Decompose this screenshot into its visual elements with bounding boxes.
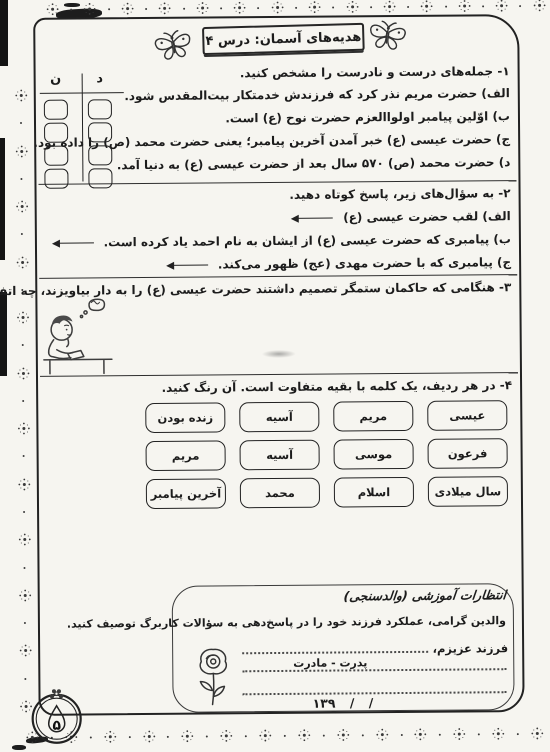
ornament-floret-icon	[201, 7, 204, 10]
ornament-floret-icon	[24, 649, 27, 652]
answer-arrow-icon	[166, 261, 208, 270]
q4-intro: ۴- در هر ردیف، یک کلمه با بقیه متفاوت اس…	[162, 378, 513, 395]
checkbox-correct-a[interactable]	[88, 99, 112, 119]
answer-line-1[interactable]	[242, 645, 428, 654]
ornament-floret-icon	[163, 7, 166, 10]
ornament-floret-icon	[351, 5, 354, 8]
ornament-floret-icon	[186, 735, 189, 738]
ornament-floret-icon	[497, 732, 500, 735]
salutation-row: فرزند عزیزم،	[242, 641, 508, 657]
q2-intro: ۲- به سؤال‌های زیر، پاسخ کوتاه دهید.	[289, 186, 510, 202]
ornament-dot	[23, 511, 25, 513]
word-box[interactable]: اسلام	[334, 477, 414, 508]
ornament-dot	[20, 122, 22, 124]
word-row-2: فرعون موسی آسیه مریم	[146, 438, 508, 471]
checkbox-incorrect-b[interactable]	[44, 123, 68, 143]
ornament-floret-icon	[225, 734, 228, 737]
bottom-border-ornament	[31, 726, 539, 745]
ornament-dot	[70, 8, 72, 10]
ornament-floret-icon	[276, 6, 279, 9]
worksheet-page: هدیه‌های آسمان: درس ۴	[0, 0, 550, 752]
parent-signature: پدرت - مادرت	[293, 656, 367, 670]
word-row-1: عیسی مریم آسیه زنده بودن	[145, 400, 507, 433]
ornament-dot	[23, 455, 25, 457]
ornament-dot	[245, 735, 247, 737]
checkbox-incorrect-d[interactable]	[44, 169, 68, 189]
word-box[interactable]: فرعون	[427, 438, 507, 469]
butterfly-left-icon	[151, 25, 197, 66]
ornament-floret-icon	[147, 735, 150, 738]
checkbox-incorrect-a[interactable]	[44, 100, 68, 120]
ornament-dot	[439, 733, 441, 735]
ornament-dot	[24, 678, 26, 680]
ornament-floret-icon	[458, 733, 461, 736]
word-box[interactable]: عیسی	[427, 400, 507, 431]
ornament-floret-icon	[419, 733, 422, 736]
ornament-dot	[323, 734, 325, 736]
answer-arrow-icon	[291, 214, 333, 223]
ornament-floret-icon	[342, 733, 345, 736]
ornament-floret-icon	[109, 735, 112, 738]
word-box[interactable]: آسیه	[240, 440, 320, 471]
word-box[interactable]: زنده بودن	[145, 402, 225, 433]
ornament-dot	[517, 733, 519, 735]
parent-section-heading: انتظارات آموزشی (والدسنجی)	[343, 587, 507, 603]
ornament-floret-icon	[89, 7, 92, 10]
ornament-dot	[128, 736, 130, 738]
butterfly-right-icon	[365, 17, 409, 56]
ornament-floret-icon	[500, 4, 503, 7]
ornament-dot	[24, 622, 26, 624]
q1-intro: ۱- جمله‌های درست و نادرست را مشخص کنید.	[240, 64, 510, 80]
ornament-dot	[22, 400, 24, 402]
ornament-dot	[21, 233, 23, 235]
ornament-dot	[183, 7, 185, 9]
ornament-floret-icon	[536, 732, 539, 735]
pencil-smudge	[262, 350, 296, 358]
page-title-banner: هدیه‌های آسمان: درس ۴	[202, 23, 365, 55]
ornament-dot	[361, 734, 363, 736]
page-title: هدیه‌های آسمان: درس ۴	[205, 29, 361, 48]
ornament-floret-icon	[21, 261, 24, 264]
date-field[interactable]: ۱۳۹ / /	[313, 695, 374, 710]
col-header-incorrect: ن	[44, 72, 68, 87]
word-row-3: سال میلادی اسلام محمد آخرین پیامبر	[146, 476, 508, 509]
ornament-dot	[284, 734, 286, 736]
word-box[interactable]: مریم	[333, 401, 413, 432]
ornament-floret-icon	[19, 94, 22, 97]
ornament-floret-icon	[303, 734, 306, 737]
ornament-dot	[445, 5, 447, 7]
ornament-floret-icon	[313, 6, 316, 9]
left-border-ornament	[14, 94, 33, 708]
word-box[interactable]: محمد	[240, 478, 320, 509]
ornament-dot	[90, 736, 92, 738]
salutation-label: فرزند عزیزم،	[433, 641, 509, 656]
ornament-dot	[20, 178, 22, 180]
true-false-table: د ن	[38, 73, 125, 190]
q2-item-c: ج) پیامبری که با حضرت مهدی (عج) ظهور می‌…	[156, 255, 511, 272]
ornament-floret-icon	[20, 150, 23, 153]
ornament-dot	[22, 344, 24, 346]
ornament-dot	[370, 6, 372, 8]
ornament-dot	[108, 8, 110, 10]
ornament-floret-icon	[22, 483, 25, 486]
checkbox-incorrect-c[interactable]	[44, 146, 68, 166]
word-box[interactable]: آسیه	[239, 402, 319, 433]
ornament-dot	[482, 5, 484, 7]
ornament-floret-icon	[388, 5, 391, 8]
q2-item-c-text: ج) پیامبری که با حضرت مهدی (عج) ظهور می‌…	[218, 255, 511, 271]
ornament-floret-icon	[463, 4, 466, 7]
word-box[interactable]: مریم	[146, 440, 226, 471]
word-box[interactable]: موسی	[334, 439, 414, 470]
ornament-floret-icon	[380, 733, 383, 736]
word-box[interactable]: آخرین پیامبر	[146, 478, 226, 509]
ornament-floret-icon	[425, 5, 428, 8]
checkbox-correct-d[interactable]	[88, 168, 112, 188]
ornament-dot	[258, 7, 260, 9]
ornament-floret-icon	[51, 8, 54, 11]
top-border-ornament	[51, 0, 541, 16]
col-header-correct: د	[88, 71, 112, 86]
ornament-dot	[145, 7, 147, 9]
ornament-floret-icon	[22, 427, 25, 430]
page-number: ۵	[52, 718, 61, 734]
table-divider	[82, 74, 84, 182]
ornament-floret-icon	[21, 372, 24, 375]
ornament-dot	[167, 735, 169, 737]
ornament-floret-icon	[23, 594, 26, 597]
ornament-floret-icon	[23, 538, 26, 541]
ornament-floret-icon	[20, 205, 23, 208]
ornament-dot	[400, 734, 402, 736]
ornament-dot	[23, 566, 25, 568]
ornament-floret-icon	[238, 6, 241, 9]
ornament-dot	[478, 733, 480, 735]
rose-illustration	[183, 646, 243, 708]
answer-arrow-icon	[52, 238, 94, 247]
ornament-dot	[332, 6, 334, 8]
ornament-floret-icon	[21, 316, 24, 319]
page-number-ornament: ۵	[26, 687, 86, 745]
ornament-floret-icon	[126, 7, 129, 10]
q2-item-a: الف) لقب حضرت عیسی (ع)	[281, 209, 511, 225]
word-box[interactable]: سال میلادی	[428, 476, 508, 507]
checkbox-correct-b[interactable]	[88, 122, 112, 142]
ornament-dot	[206, 735, 208, 737]
ornament-floret-icon	[264, 734, 267, 737]
q2-item-a-text: الف) لقب حضرت عیسی (ع)	[343, 209, 511, 224]
ornament-dot	[520, 5, 522, 7]
thinking-child-illustration	[33, 293, 122, 376]
ornament-dot	[220, 7, 222, 9]
ornament-dot	[295, 6, 297, 8]
q1-item-b: ب) اوّلین پیامبر اولواالعزم حضرت نوح (ع)…	[225, 109, 510, 125]
ornament-floret-icon	[538, 4, 541, 7]
checkbox-correct-c[interactable]	[88, 145, 112, 165]
ornament-dot	[407, 5, 409, 7]
